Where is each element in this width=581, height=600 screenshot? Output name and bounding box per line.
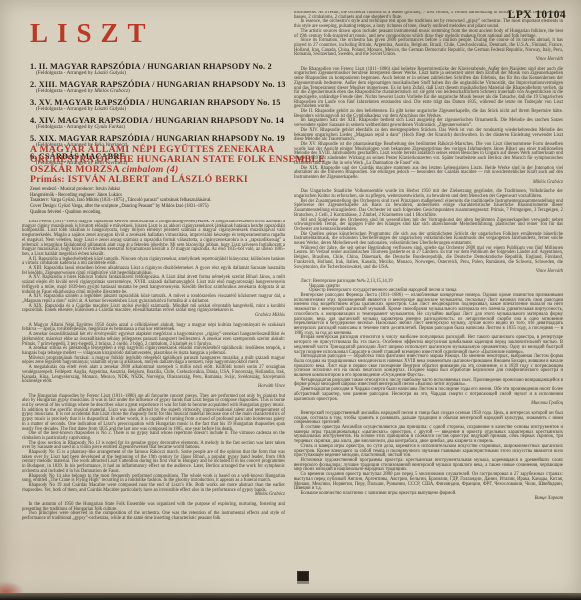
body-paragraph: Two principles were observed in the comp… bbox=[22, 512, 285, 521]
arranger-label: (Feldolgozta - Arranged by bbox=[36, 106, 93, 112]
paragraph-text: Венгерский государственный ансамбль наро… bbox=[294, 411, 563, 425]
paragraph-text: In the autumn of 1950 the Hungarian Stat… bbox=[22, 502, 285, 512]
paragraph-text: Die Rhapsodien von Ferenc Liszt (1811–18… bbox=[294, 67, 563, 110]
arranger-label: (Feldolgozta - Arranged by bbox=[36, 88, 93, 94]
paragraph-text: One of the best-known rhapsodies is No 2… bbox=[22, 431, 285, 441]
arranger-label: (Feldolgozta - Arranged by bbox=[36, 70, 93, 76]
paragraph-text: The artistic sources drawn upon include:… bbox=[294, 29, 563, 39]
paragraph-text: A zenekar stílusa és játékmódja lényegéb… bbox=[22, 346, 285, 356]
paragraph-text: Rhapsody No 15 is a phantasy-like arrang… bbox=[22, 450, 285, 474]
credit-line: Qualiton felvétel - Qualiton recording. bbox=[30, 210, 306, 216]
body-paragraph: The Hungarian rhapsodies by Ferenc Liszt… bbox=[22, 395, 285, 433]
body-paragraph: Die XV. Rhapsodie ist die phantasieartig… bbox=[294, 143, 563, 167]
body-paragraph: A XIX. Rapszódia és a Csárdás macabre Li… bbox=[22, 305, 285, 319]
primas-label: Prímás: bbox=[30, 174, 65, 185]
paragraph-text: Während der Jahre, die seit seiner Begrü… bbox=[294, 246, 563, 270]
arranger-name: Miklós Grabócz bbox=[94, 88, 128, 94]
primas-name-1: ISTVÁN ALBERT bbox=[68, 174, 150, 185]
body-paragraph: Со времени создания оркестр выступал 280… bbox=[294, 473, 563, 492]
body-paragraph: Венгерские рапсодии Ференца Листа (1811–… bbox=[294, 294, 563, 336]
paragraph-text: The slow section in Rhapsody No 13 is no… bbox=[22, 441, 285, 451]
body-paragraph: Rhapsody No 19 and Csárdás Macabre were … bbox=[22, 484, 285, 498]
paragraph-text: Im langsamen Satz der XIII. Rhapsodie be… bbox=[294, 118, 563, 128]
primas-name-2: LÁSZLÓ BERKI bbox=[171, 174, 248, 185]
body-paragraph: Венгерский государственный ансамбль наро… bbox=[294, 412, 563, 426]
body-paragraph: Since its formation, the orchestra has g… bbox=[294, 39, 563, 63]
track-credit: (Feldolgozta - Arranged by László Gulyás… bbox=[36, 107, 316, 113]
body-paragraph: Большое количество пластинок с записями … bbox=[294, 492, 563, 501]
paragraph-text: Die XV. Rhapsodie ist die phantasieartig… bbox=[294, 142, 563, 166]
paragraph-text: Since its formation, the orchestra has g… bbox=[294, 38, 563, 57]
paragraph-text: Das Ungarische Staatliche Volksensemble … bbox=[294, 189, 563, 199]
body-paragraph: Die XIV. Rhapsodie gehört ebenfalls zu d… bbox=[294, 129, 563, 143]
paragraph-text: Liszt Ferenc (1811–1886) magyar rapszódi… bbox=[22, 220, 285, 257]
body-paragraph: A XV. Rapszódia a híres Rákóczi induló f… bbox=[22, 276, 285, 295]
author-signature: Винце Хорват bbox=[294, 497, 563, 502]
author-signature: Miklós Grabócz bbox=[294, 181, 563, 186]
arranger-suffix: ) bbox=[128, 88, 130, 94]
album-title: LISZT bbox=[30, 18, 155, 49]
arranger-name: László Gulyás bbox=[94, 106, 124, 112]
arranger-suffix: ) bbox=[123, 124, 125, 130]
body-paragraph: Die XIX. Rhapsodie und der Csárdás macab… bbox=[294, 167, 563, 186]
author-signature: Miklós Grabócz bbox=[22, 493, 285, 498]
scan-bottom-edge bbox=[0, 593, 581, 600]
track-credit: (Feldolgozta - Arranged by László Gulyás… bbox=[36, 71, 316, 77]
liner-notes-left-column: Liszt Ferenc (1811–1886) magyar rapszódi… bbox=[22, 220, 285, 576]
paragraph-text: Пятнадцатая рапсодия — обработка типа фа… bbox=[294, 354, 563, 378]
paragraph-text: В составе оркестра Ансамбля осуществляют… bbox=[294, 425, 563, 444]
paragraph-text: Two principles were observed in the comp… bbox=[22, 511, 285, 521]
body-paragraph: Девятнадцатая рапсодия и Чардаш смерти б… bbox=[294, 388, 563, 407]
body-paragraph: Пятнадцатая рапсодия — обработка типа фа… bbox=[294, 355, 563, 379]
body-paragraph: Вторая венгерская рапсодия относится к ч… bbox=[294, 336, 563, 355]
paragraph-text: Венгерские рапсодии Ференца Листа (1811–… bbox=[294, 293, 563, 336]
paragraph-text: A XIII. Rapszódia lassú részeiben bőven … bbox=[22, 266, 285, 276]
track-item: 2. XIII. MAGYAR RAPSZÓDIA / HUNGARIAN RH… bbox=[30, 80, 320, 95]
paragraph-text: Девятнадцатая рапсодия и Чардаш смерти б… bbox=[294, 387, 563, 401]
arranger-suffix: ) bbox=[124, 106, 126, 112]
body-paragraph: Bei der Zusammenstellung des Orchesters … bbox=[294, 200, 563, 219]
paragraph-text: Четырнадцатая рапсодия также относится к… bbox=[294, 378, 563, 388]
body-paragraph: A megalakulás óta eltelt évek alatt a ze… bbox=[22, 366, 285, 390]
arranger-name: Gyula Farkas bbox=[94, 124, 123, 130]
body-paragraph: Источники художественной программы оркес… bbox=[294, 459, 563, 473]
track-credit: (Feldolgozta - Arranged by Miklós Grabóc… bbox=[36, 89, 316, 95]
arranger-label: (Feldolgozta - Arranged by bbox=[36, 124, 93, 130]
body-paragraph: Die Quellen seines künstlerischen Progra… bbox=[294, 233, 563, 247]
author-signature: Vince Horváth bbox=[294, 58, 563, 63]
author-signature: Vince Horváth bbox=[294, 270, 563, 275]
album-back-cover: LPX 10104 LISZT 1. II. MAGYAR RAPSZÓDIA … bbox=[0, 0, 581, 600]
paragraph-text: A zenekar összeállításánál két elv érvén… bbox=[22, 332, 285, 346]
paragraph-text: Bei der Zusammenstellung des Orchesters … bbox=[294, 199, 563, 218]
paragraph-text: A XIV. Rapszódia szintén a legtöbbet ját… bbox=[22, 294, 285, 304]
ensemble-block: A MAGYAR ÁLLAMI NÉPI EGYÜTTES ZENEKARA O… bbox=[30, 145, 325, 185]
track-credit: (Feldolgozta - Arranged by Gyula Farkas) bbox=[36, 125, 316, 131]
primas-line: Prímás: ISTVÁN ALBERT and LÁSZLÓ BERKI bbox=[30, 175, 325, 185]
arranger-name: László Gulyás bbox=[94, 70, 124, 76]
body-paragraph: A zenekar összeállításánál két elv érvén… bbox=[22, 333, 285, 347]
paragraph-text: The Hungarian rhapsodies by Ferenc Liszt… bbox=[22, 394, 285, 432]
body-paragraph: Während der Jahre, die seit seiner Begrü… bbox=[294, 247, 563, 275]
paragraph-text: A Magyar Állami Népi Együttes 1950 őszén… bbox=[22, 323, 285, 333]
body-paragraph: В составе оркестра Ансамбля осуществляют… bbox=[294, 426, 563, 445]
paragraph-text: A XV. Rapszódia a híres Rákóczi induló f… bbox=[22, 275, 285, 294]
paragraph-text: Die Quellen seines künstlerischen Progra… bbox=[294, 232, 563, 246]
track-item: 1. II. MAGYAR RAPSZÓDIA / HUNGARIAN RHAP… bbox=[30, 62, 320, 77]
track-item: 4. XIV. MAGYAR RAPSZODIA / HUNGARIAN RHA… bbox=[30, 116, 320, 131]
paragraph-text: A XIX. Rapszódia és a Csárdás macabre Li… bbox=[22, 304, 285, 314]
credits-block: Zenei rendező - Musical producer: István… bbox=[30, 187, 306, 215]
paragraph-text: instruments. As a result, the orchestra … bbox=[294, 11, 563, 20]
paragraph-text: Вторая венгерская рапсодия относится к ч… bbox=[294, 335, 563, 354]
paragraph-text: Művészi programjának forrásai: a magyar … bbox=[22, 356, 285, 366]
body-paragraph: Stil und Spielweise des Orchesters sind … bbox=[294, 219, 563, 233]
arranger-suffix: ) bbox=[124, 70, 126, 76]
author-signature: Миклош Грабоц bbox=[294, 402, 563, 407]
paragraph-text: Со времени создания оркестр выступал 280… bbox=[294, 472, 563, 491]
track-item: 3. XV. MAGYAR RAPSZÓDIA / HUNGARIAN RHAP… bbox=[30, 98, 320, 113]
publisher-logo-icon bbox=[297, 571, 309, 584]
body-paragraph: Die Rhapsodien von Ferenc Liszt (1811–18… bbox=[294, 68, 563, 110]
conjunction: and bbox=[152, 174, 169, 185]
paragraph-text: A megalakulás óta eltelt évek alatt a ze… bbox=[22, 365, 285, 384]
paragraph-text: In essence, the orchestra’s style and te… bbox=[294, 19, 563, 29]
paragraph-text: Rhapsody No 14 also belongs to the most … bbox=[22, 474, 285, 484]
body-paragraph: Стиль и манера игры оркестра, по сути де… bbox=[294, 445, 563, 459]
body-paragraph: Rhapsody No 15 is a phantasy-like arrang… bbox=[22, 451, 285, 475]
paragraph-text: Stil und Spielweise des Orchesters sind … bbox=[294, 218, 563, 232]
body-paragraph: Liszt Ferenc (1811–1886) magyar rapszódi… bbox=[22, 220, 285, 258]
paragraph-text: Die II. Rhapsodie gehört zu den beliebte… bbox=[294, 109, 563, 119]
paragraph-text: Стиль и манера игры оркестра, по сути де… bbox=[294, 444, 563, 458]
paragraph-text: Die XIV. Rhapsodie gehört ebenfalls zu d… bbox=[294, 128, 563, 142]
author-signature: Grabócz Miklós bbox=[22, 314, 285, 319]
paragraph-text: Die XIX. Rhapsodie und der Csárdás macab… bbox=[294, 166, 563, 180]
paragraph-text: Rhapsody No 19 and Csárdás Macabre were … bbox=[22, 483, 285, 493]
paragraph-text: Большое количество пластинок с записями … bbox=[301, 491, 457, 496]
paragraph-text: Источники художественной программы оркес… bbox=[294, 458, 563, 472]
paragraph-text: A II. Rapszódia a legkedveltebbek közé t… bbox=[22, 257, 285, 267]
author-signature: Horváth Vince bbox=[22, 385, 285, 390]
liner-notes-right-column: instruments. As a result, the orchestra … bbox=[294, 11, 563, 571]
